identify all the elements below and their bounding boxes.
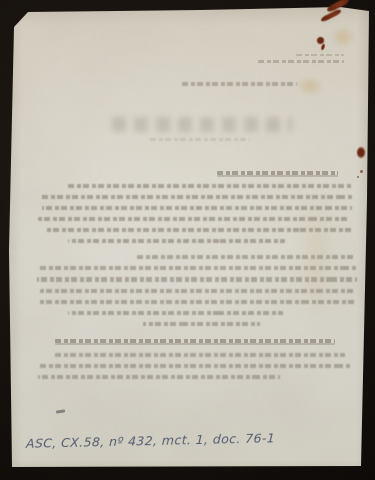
bleedthrough-date-line-line-1 xyxy=(182,82,297,86)
bleedthrough-paragraph-3-line-2 xyxy=(38,364,350,368)
bleedthrough-paragraph-1-line-4 xyxy=(38,217,350,221)
bleedthrough-paragraph-2-line-1 xyxy=(137,255,355,259)
bleedthrough-paragraph-2-line-4 xyxy=(40,289,356,293)
document-page: ASC, CX.58, nº 432, mct. 1, doc. 76-1 xyxy=(0,0,375,480)
bleedthrough-paragraph-1-line-2 xyxy=(40,195,352,199)
bleedthrough-letterhead-caption-1-line-1 xyxy=(296,54,344,56)
bleedthrough-paragraph-1-line-1 xyxy=(68,184,352,188)
bleedthrough-section-heading-1-line-1 xyxy=(217,171,338,175)
bleedthrough-masthead-title-line-1 xyxy=(112,117,292,132)
bleedthrough-paragraph-1-line-6 xyxy=(68,239,285,243)
bleedthrough-paragraph-2-line-2 xyxy=(38,266,356,270)
bleedthrough-paragraph-2-line-6 xyxy=(68,311,283,315)
bleedthrough-section-heading-2-line-1 xyxy=(55,339,335,343)
bleedthrough-paragraph-3-line-3 xyxy=(38,375,280,379)
bleedthrough-paragraph-1-line-5 xyxy=(45,228,352,232)
bleedthrough-paragraph-3-line-1 xyxy=(55,353,345,357)
bleedthrough-paragraph-2-line-7 xyxy=(143,322,260,326)
bleedthrough-paragraph-2-line-5 xyxy=(38,300,355,304)
bleedthrough-paragraph-2-line-3 xyxy=(37,277,357,281)
bleedthrough-layer xyxy=(0,0,375,480)
bleedthrough-paragraph-1-line-3 xyxy=(42,206,352,210)
bleedthrough-letterhead-caption-2-line-1 xyxy=(258,60,344,63)
bleedthrough-masthead-subtitle-line-1 xyxy=(150,138,250,141)
